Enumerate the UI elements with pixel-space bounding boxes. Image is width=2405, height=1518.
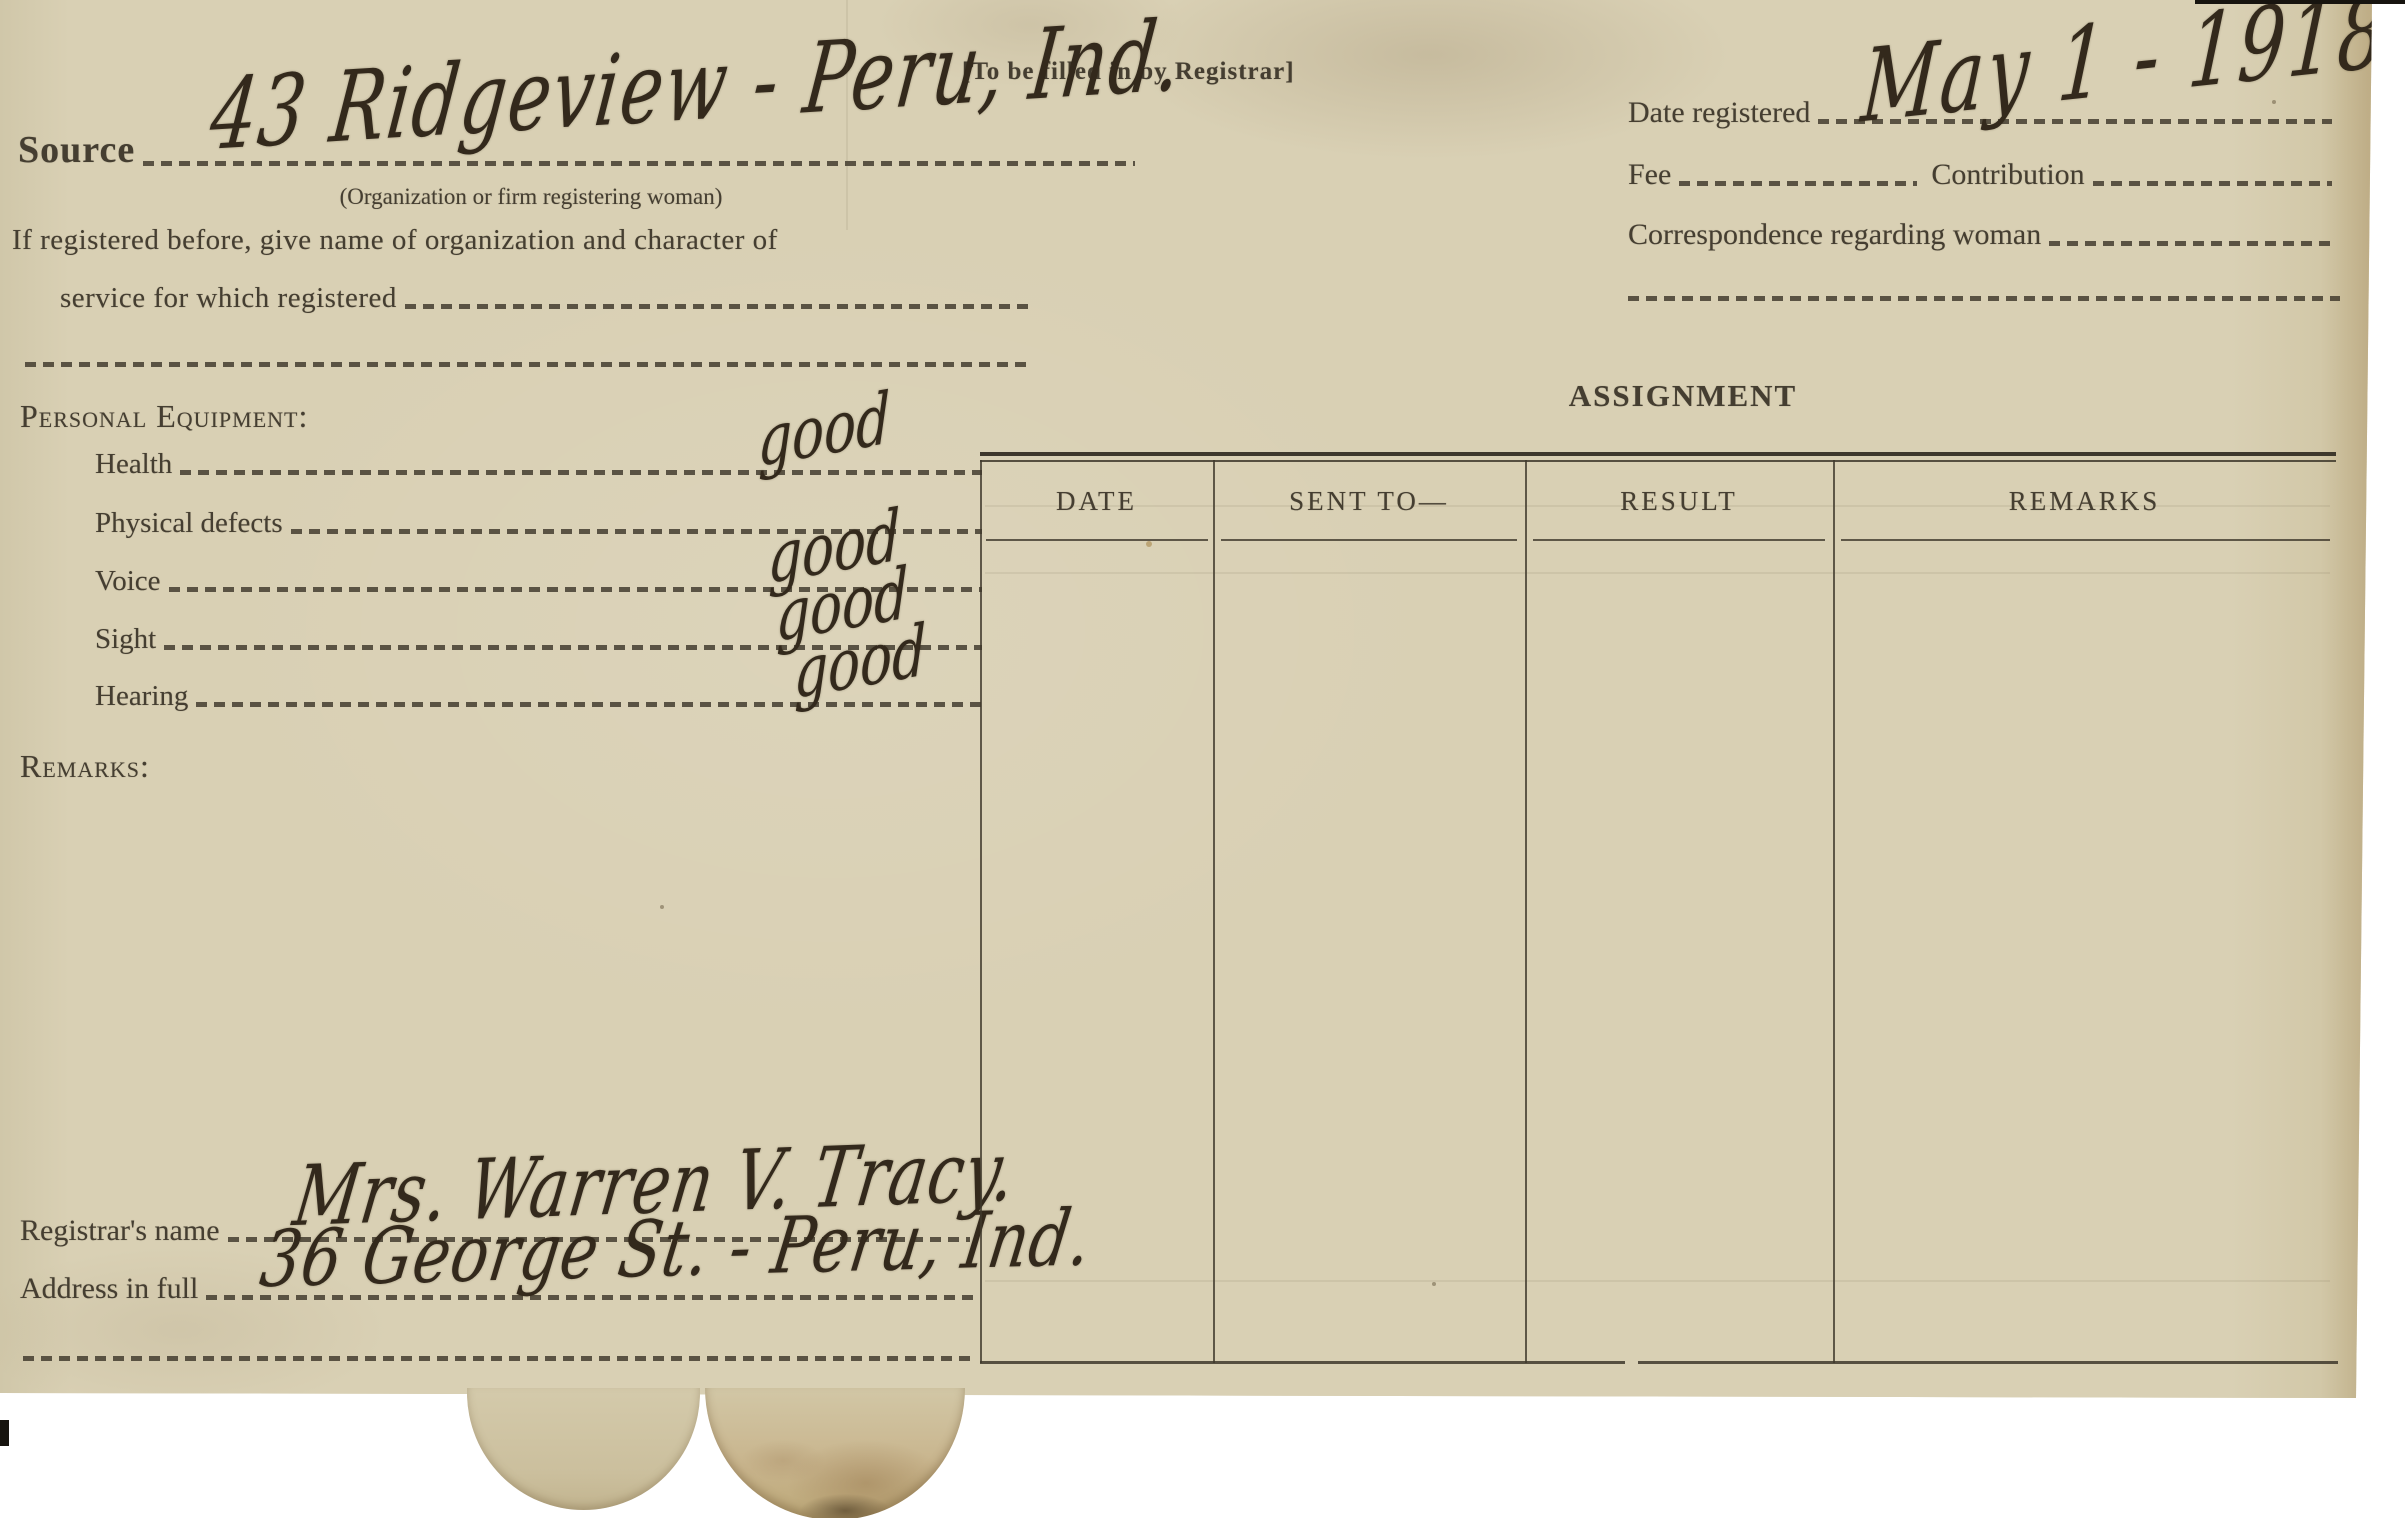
assignment-title: ASSIGNMENT — [1558, 378, 1808, 414]
paper-crease — [846, 0, 848, 230]
paper-speck — [938, 86, 942, 90]
equipment-label: Hearing — [95, 680, 188, 713]
table-header-result: RESULT — [1525, 486, 1833, 517]
scan-edge-mark — [0, 1420, 9, 1446]
equipment-label: Voice — [95, 565, 161, 598]
registered-before-line2: service for which registered — [60, 282, 397, 315]
scan-edge-mark — [2195, 0, 2405, 4]
date-registered-label: Date registered — [1628, 96, 1810, 130]
equipment-label: Health — [95, 448, 172, 481]
registered-before-line2-row: service for which registered — [60, 282, 1035, 315]
correspondence-label: Correspondence regarding woman — [1628, 218, 2041, 252]
table-column-divider — [1213, 460, 1215, 1363]
table-header-underline — [1841, 539, 2330, 541]
paper-rule — [985, 572, 2330, 574]
dotted-line — [2049, 241, 2332, 246]
paper-rule — [985, 1280, 2330, 1282]
dotted-line — [180, 470, 982, 475]
dotted-line — [405, 304, 1035, 309]
correspondence-row: Correspondence regarding woman — [1628, 218, 2332, 252]
table-header-remarks: REMARKS — [1833, 486, 2336, 517]
table-top-line — [980, 452, 2336, 456]
dotted-line — [2093, 181, 2332, 186]
paper-speck — [2272, 100, 2276, 104]
dotted-line — [196, 702, 982, 707]
registrar-name-label: Registrar's name — [20, 1214, 220, 1248]
table-header-date: DATE — [980, 486, 1213, 517]
registered-before-line1: If registered before, give name of organ… — [12, 224, 778, 257]
paper-rule — [985, 505, 2330, 507]
registrar-address-label: Address in full — [20, 1272, 198, 1306]
paper-speck — [660, 905, 664, 909]
table-header-underline — [1221, 539, 1517, 541]
equipment-label: Physical defects — [95, 507, 283, 540]
table-header-underline — [1533, 539, 1825, 541]
dotted-line — [25, 362, 1033, 367]
table-header-sent-to: SENT TO— — [1213, 486, 1525, 517]
equipment-label: Sight — [95, 623, 156, 656]
registration-card: [To be filled in by Registrar] Source 43… — [0, 0, 2372, 1398]
table-top-line-2 — [980, 460, 2336, 462]
dotted-line — [1679, 181, 1917, 186]
source-caption: (Organization or firm registering woman) — [264, 184, 798, 210]
dotted-line — [1628, 296, 2340, 301]
table-column-divider — [1525, 460, 1527, 1363]
table-column-divider — [1833, 460, 1835, 1363]
dotted-line — [23, 1356, 975, 1361]
fee-label: Fee — [1628, 158, 1671, 192]
table-left-border — [980, 460, 982, 1363]
punch-tab-left — [467, 1388, 700, 1510]
paper-speck — [1432, 1282, 1436, 1286]
personal-equipment-label: Personal Equipment: — [20, 398, 308, 435]
table-bottom-line — [980, 1361, 1625, 1364]
fee-contribution-row: Fee Contribution — [1628, 158, 2332, 192]
punch-tab-right — [705, 1388, 965, 1518]
table-bottom-line — [1638, 1361, 2338, 1364]
paper-speck — [1146, 541, 1152, 547]
scan-background: { "colors": { "paper": "#d8cfb2", "paper… — [0, 0, 2405, 1518]
table-header-underline — [986, 539, 1208, 541]
remarks-label: Remarks: — [20, 748, 150, 785]
contribution-label: Contribution — [1931, 158, 2084, 192]
source-label: Source — [18, 128, 135, 172]
